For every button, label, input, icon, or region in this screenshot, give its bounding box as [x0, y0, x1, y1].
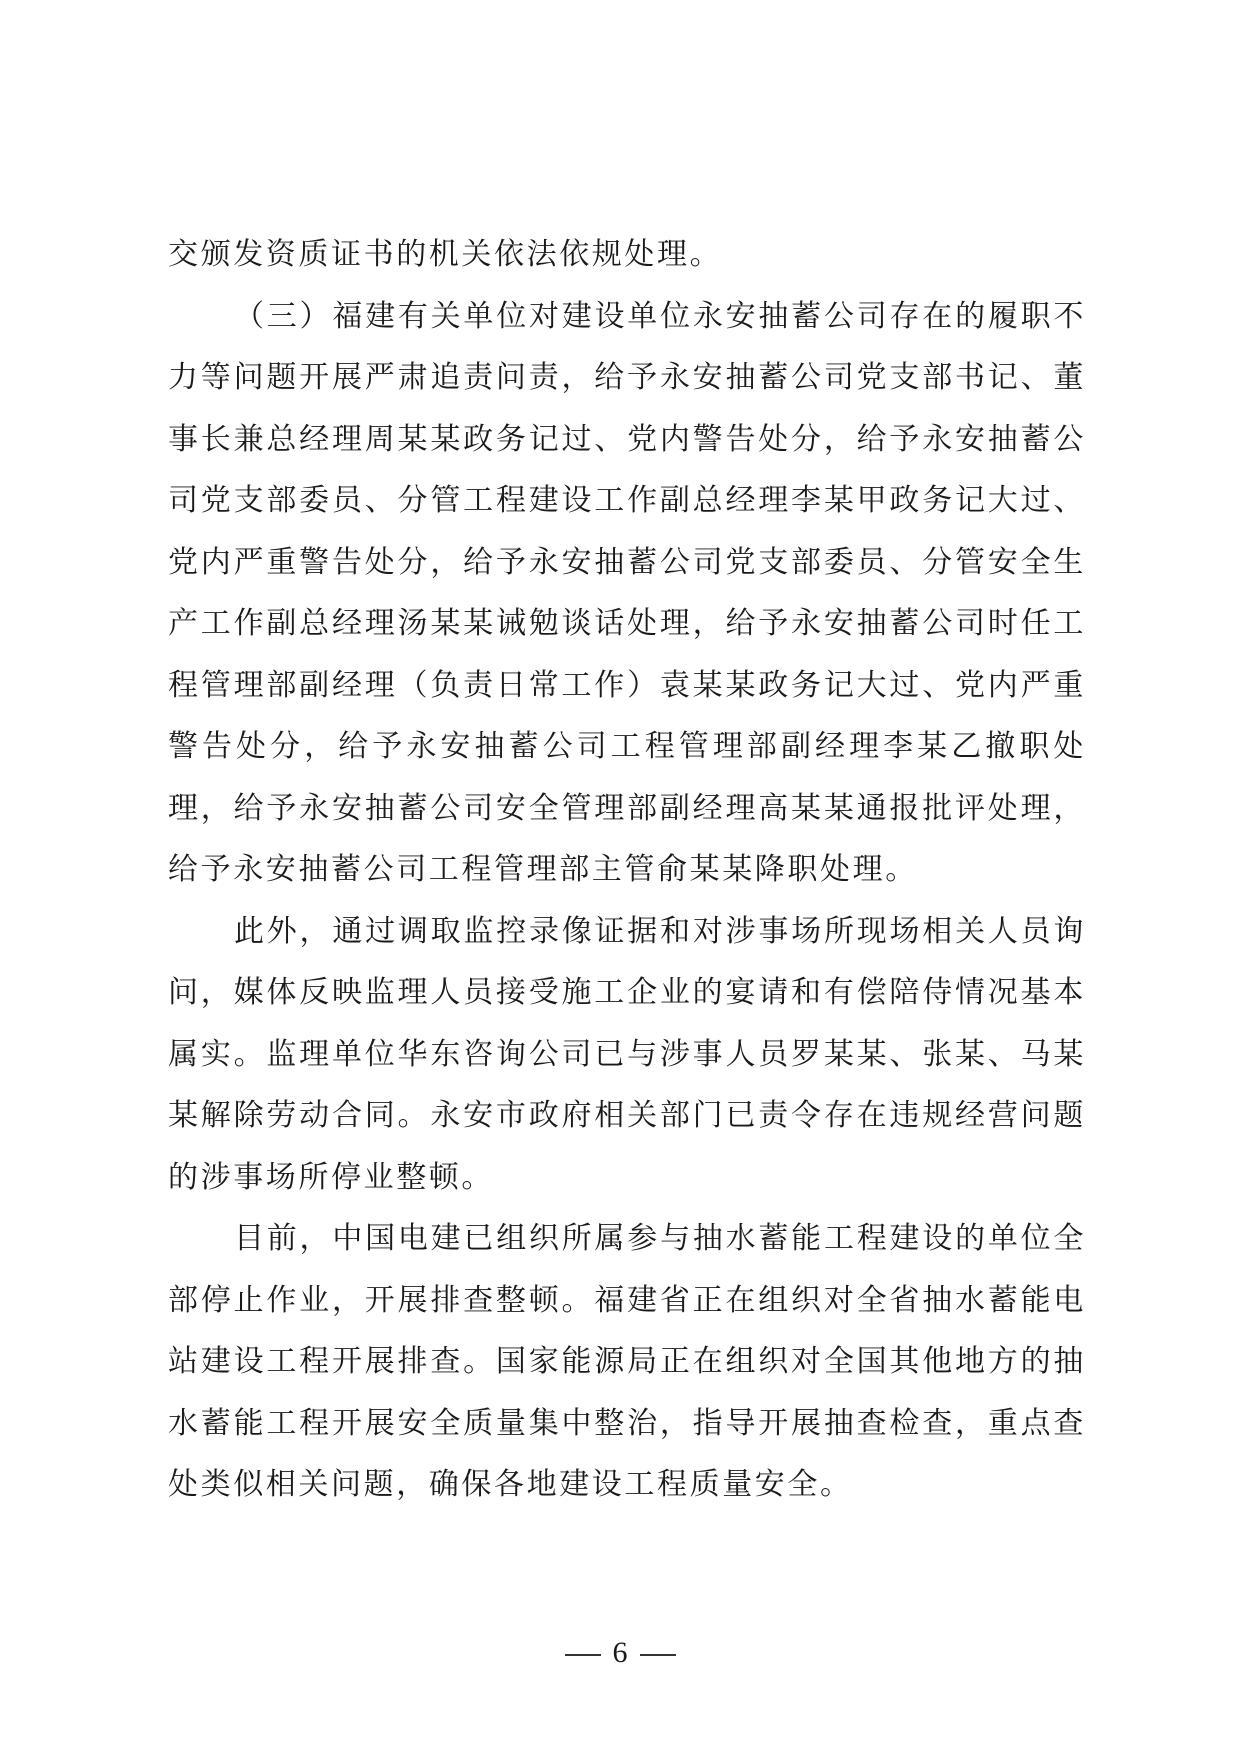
paragraph-current-actions: 目前，中国电建已组织所属参与抽水蓄能工程建设的单位全部停止作业，开展排查整顿。福… — [168, 1208, 1086, 1516]
body-text: 交颁发资质证书的机关依法依规处理。 （三）福建有关单位对建设单位永安抽蓄公司存在… — [168, 224, 1086, 1516]
dash-left — [565, 1654, 601, 1656]
paragraph-accountability: （三）福建有关单位对建设单位永安抽蓄公司存在的履职不力等问题开展严肃追责问责，给… — [168, 286, 1086, 901]
page-footer: 6 — [0, 1636, 1240, 1670]
paragraph-continuation: 交颁发资质证书的机关依法依规处理。 — [168, 224, 1086, 286]
paragraph-supervision-findings: 此外，通过调取监控录像证据和对涉事场所现场相关人员询问，媒体反映监理人员接受施工… — [168, 901, 1086, 1209]
dash-right — [640, 1654, 676, 1656]
page-number: 6 — [613, 1636, 628, 1669]
document-page: 交颁发资质证书的机关依法依规处理。 （三）福建有关单位对建设单位永安抽蓄公司存在… — [0, 0, 1240, 1753]
